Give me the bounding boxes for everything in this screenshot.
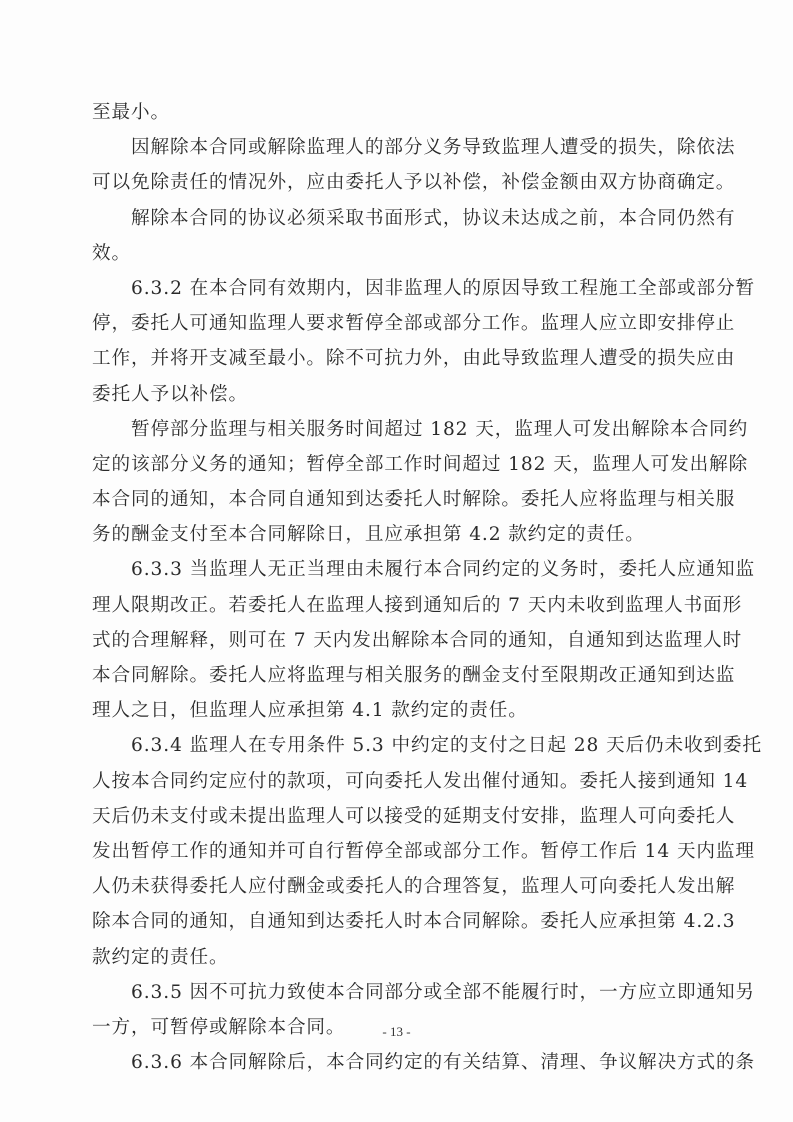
clause-6-3-3-line: 6.3.3 当监理人无正当理由未履行本合同约定的义务时，委托人应通知监 — [92, 552, 724, 587]
text-line: 效。 — [92, 236, 724, 271]
text-line: 至最小。 — [92, 95, 724, 130]
text-line: 发出暂停工作的通知并可自行暂停全部或部分工作。暂停工作后 14 天内监理 — [92, 834, 724, 869]
text-line: 本合同的通知，本合同自通知到达委托人时解除。委托人应将监理与相关服 — [92, 482, 724, 517]
clause-6-3-5-line: 6.3.5 因不可抗力致使本合同部分或全部不能履行时，一方应立即通知另 — [92, 975, 724, 1010]
clause-6-3-6-line: 6.3.6 本合同解除后，本合同约定的有关结算、清理、争议解决方式的条 — [92, 1045, 724, 1080]
text-line: 式的合理解释，则可在 7 天内发出解除本合同的通知，自通知到达监理人时 — [92, 623, 724, 658]
text-line: 人按本合同约定应付的款项，可向委托人发出催付通知。委托人接到通知 14 — [92, 764, 724, 799]
text-line: 委托人予以补偿。 — [92, 377, 724, 412]
paragraph-start-line: 因解除本合同或解除监理人的部分义务导致监理人遭受的损失，除依法 — [92, 130, 724, 165]
text-line: 工作，并将开支减至最小。除不可抗力外，由此导致监理人遭受的损失应由 — [92, 341, 724, 376]
text-line: 款约定的责任。 — [92, 940, 724, 975]
text-line: 理人限期改正。若委托人在监理人接到通知后的 7 天内未收到监理人书面形 — [92, 588, 724, 623]
clause-6-3-2-line: 6.3.2 在本合同有效期内，因非监理人的原因导致工程施工全部或部分暂 — [92, 271, 724, 306]
text-line: 天后仍未支付或未提出监理人可以接受的延期支付安排，监理人可向委托人 — [92, 799, 724, 834]
clause-6-3-4-line: 6.3.4 监理人在专用条件 5.3 中约定的支付之日起 28 天后仍未收到委托 — [92, 728, 724, 763]
text-line: 理人之日，但监理人应承担第 4.1 款约定的责任。 — [92, 693, 724, 728]
page-number: - 13 - — [0, 1024, 793, 1040]
text-line: 本合同解除。委托人应将监理与相关服务的酬金支付至限期改正通知到达监 — [92, 658, 724, 693]
text-line: 可以免除责任的情况外，应由委托人予以补偿，补偿金额由双方协商确定。 — [92, 165, 724, 200]
text-line: 人仍未获得委托人应付酬金或委托人的合理答复，监理人可向委托人发出解 — [92, 869, 724, 904]
text-line: 停，委托人可通知监理人要求暂停全部或部分工作。监理人应立即安排停止 — [92, 306, 724, 341]
paragraph-start-line: 暂停部分监理与相关服务时间超过 182 天，监理人可发出解除本合同约 — [92, 412, 724, 447]
text-line: 除本合同的通知，自通知到达委托人时本合同解除。委托人应承担第 4.2.3 — [92, 904, 724, 939]
paragraph-start-line: 解除本合同的协议必须采取书面形式，协议未达成之前，本合同仍然有 — [92, 201, 724, 236]
text-line: 定的该部分义务的通知；暂停全部工作时间超过 182 天，监理人可发出解除 — [92, 447, 724, 482]
document-body: 至最小。 因解除本合同或解除监理人的部分义务导致监理人遭受的损失，除依法 可以免… — [92, 95, 724, 1080]
text-line: 务的酬金支付至本合同解除日，且应承担第 4.2 款约定的责任。 — [92, 517, 724, 552]
